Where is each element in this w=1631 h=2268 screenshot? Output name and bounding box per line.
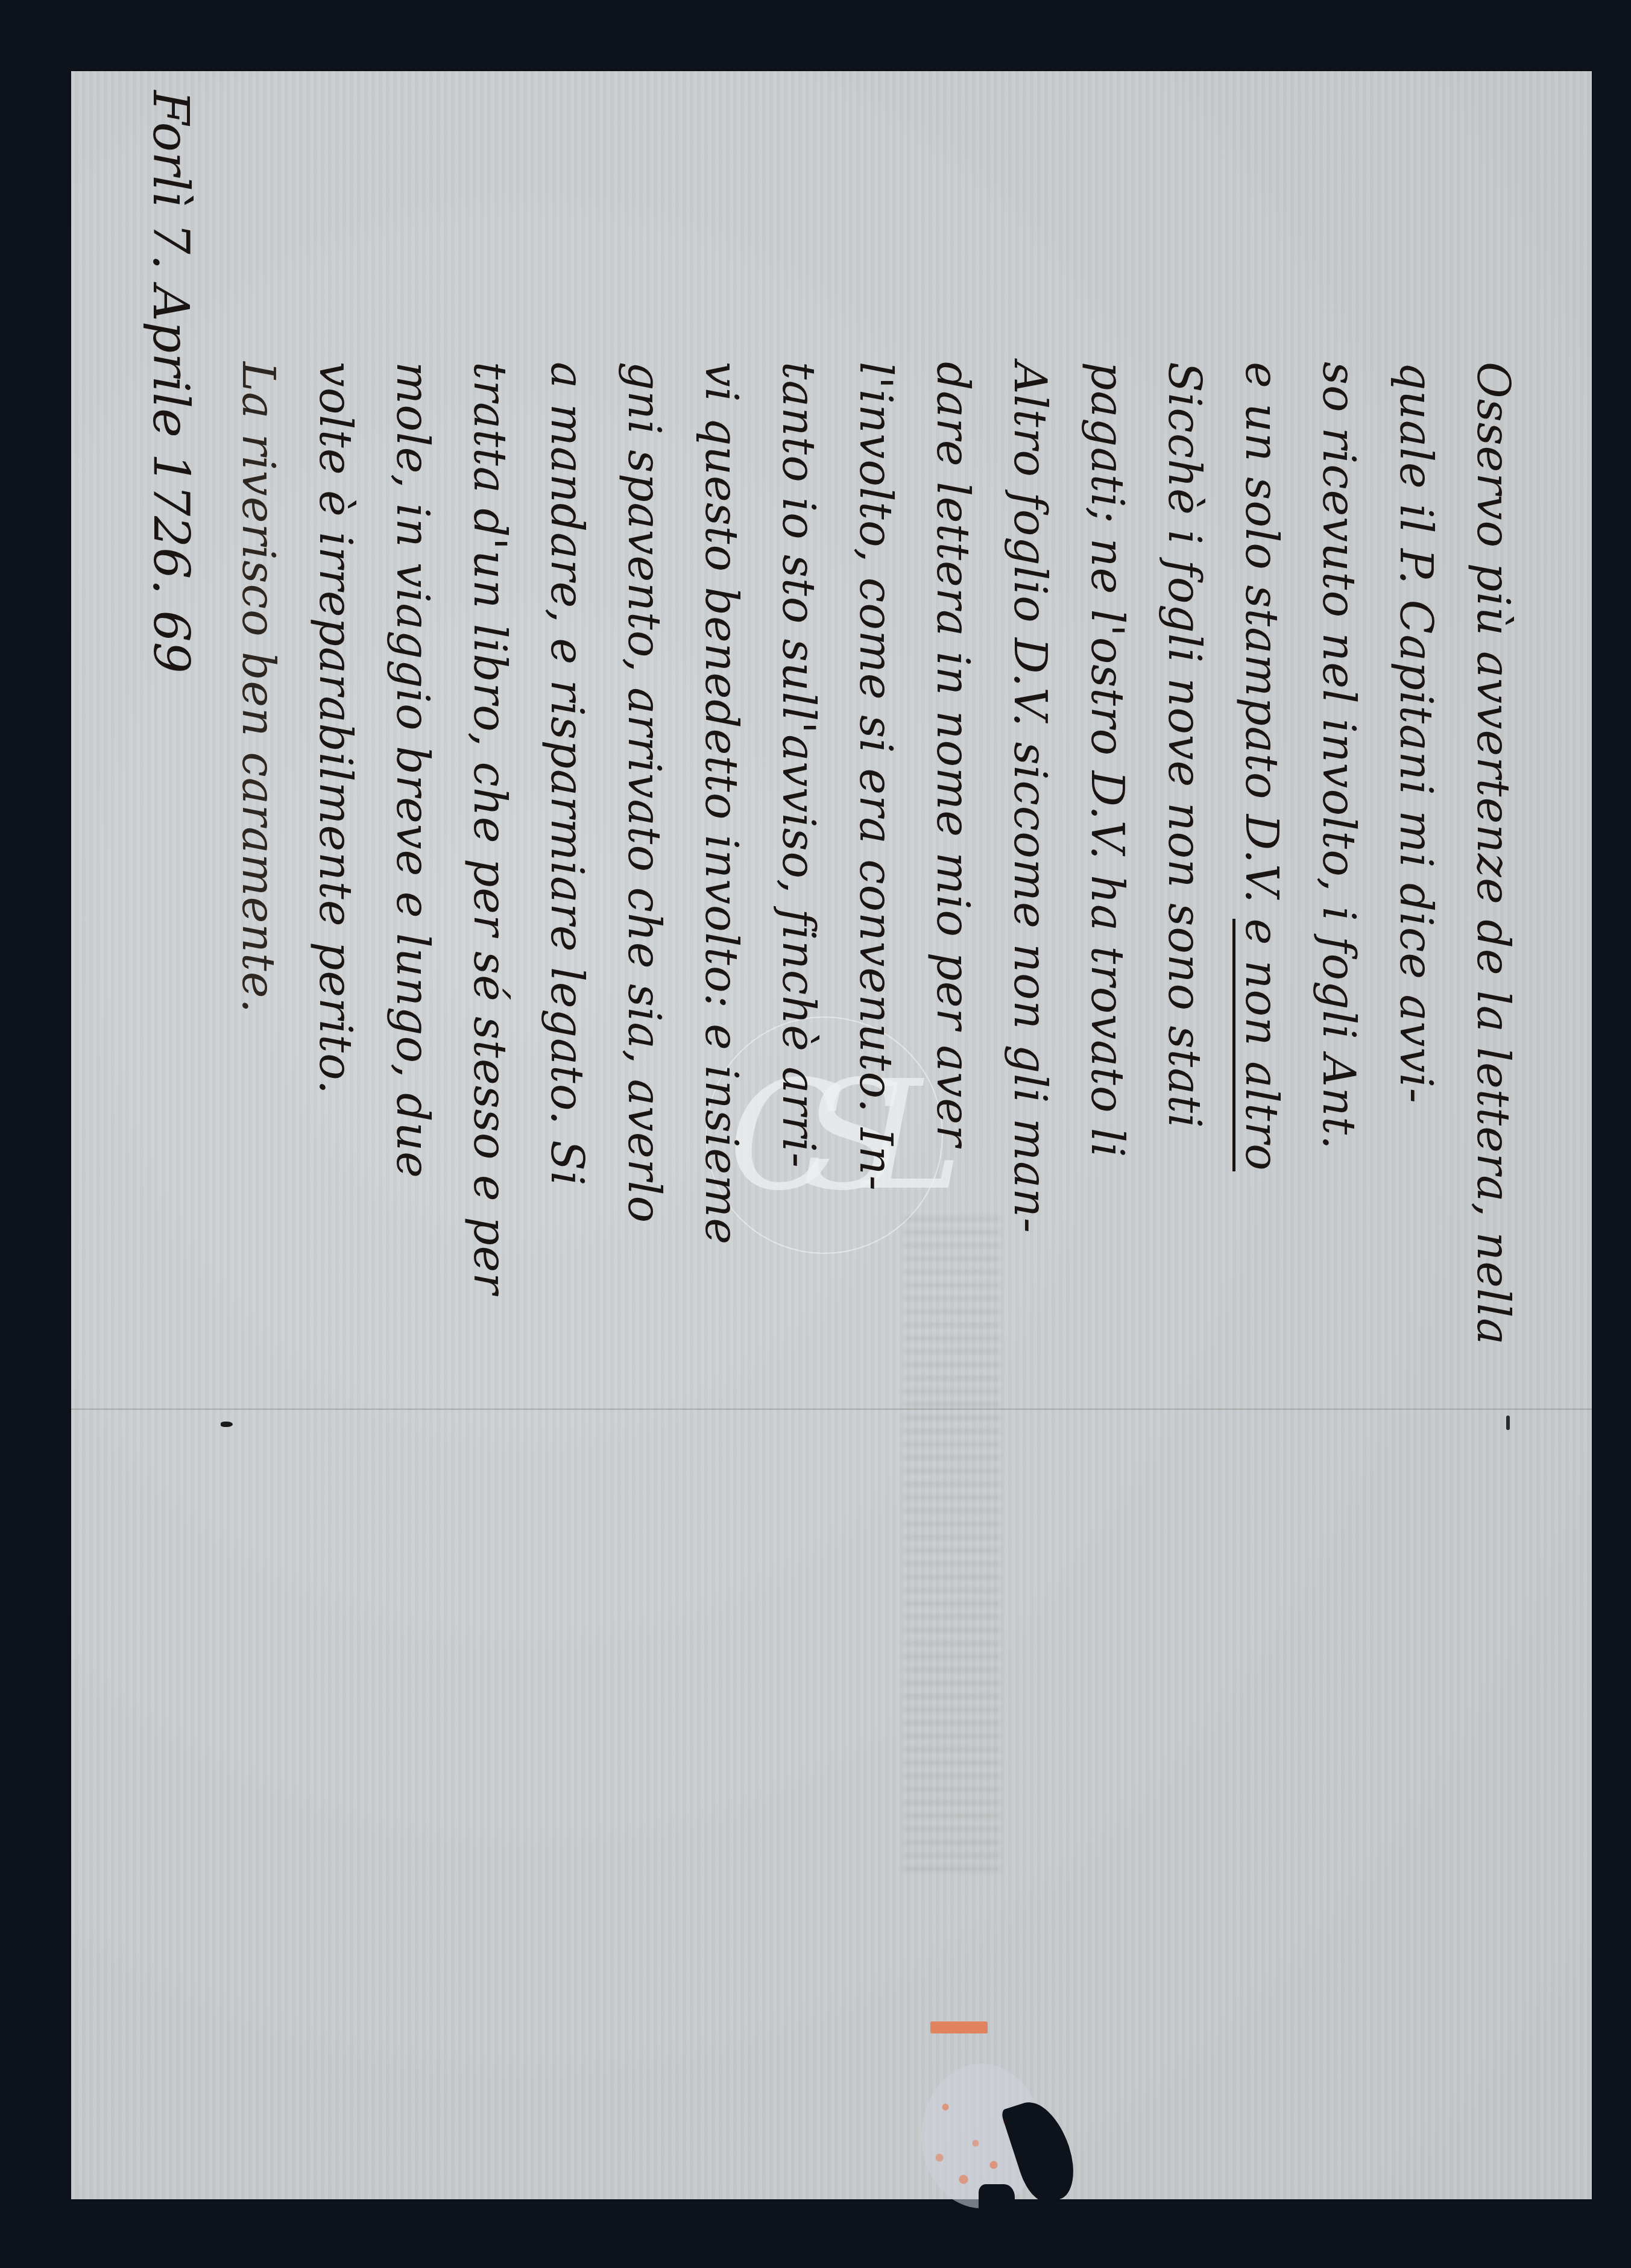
letter-line: tratta d'un libro, che per sé stesso e p… bbox=[451, 36, 528, 1061]
underlined-phrase: e non altro bbox=[1232, 919, 1287, 1171]
letter-body: Osservo più avvertenze de la lettera, ne… bbox=[219, 36, 1532, 1061]
letter-line: quale il P. Capitani mi dice avvi- bbox=[1377, 36, 1454, 1061]
folio-number: 69 bbox=[142, 611, 199, 673]
letter-line: pagati; ne l'ostro D.V. ha trovato li bbox=[1068, 36, 1146, 1061]
letter-line: Osservo più avvertenze de la lettera, ne… bbox=[1454, 36, 1532, 1061]
wax-seal-fragment bbox=[930, 2021, 988, 2033]
letter-line-text: e un solo stampato D.V. bbox=[1235, 362, 1287, 904]
closing-line: La riverisco ben caramente. bbox=[219, 36, 297, 1061]
letter-line: Altro foglio D.V. siccome non gli man- bbox=[991, 36, 1068, 1061]
place-date: Forlì 7. Aprile 1726. bbox=[142, 90, 199, 595]
letter-line: e un solo stampato D.V. e non altro bbox=[1223, 36, 1300, 1061]
letter-line: l'involto, come si era convenuto. In- bbox=[837, 36, 914, 1061]
letter-line: gni spavento, arrivato che sia, averlo bbox=[605, 36, 683, 1061]
letter-line: a mandare, e risparmiare legato. Si bbox=[528, 36, 605, 1061]
letter-line: mole, in viaggio breve e lungo, due bbox=[374, 36, 451, 1061]
fold-crease bbox=[71, 1408, 1592, 1410]
letter-line: Sicchè i fogli nove non sono stati bbox=[1146, 36, 1223, 1061]
fold-edge-mark bbox=[1506, 1416, 1510, 1430]
letter-line: so ricevuto nel involto, i fogli Ant. bbox=[1300, 36, 1377, 1061]
wax-seal-remnant bbox=[909, 2021, 1090, 2220]
letter-line: volte è irreparabilmente perito. bbox=[297, 36, 374, 1061]
letter-line: dare lettera in nome mio per aver bbox=[914, 36, 991, 1061]
letter-line: tanto io sto sull'avviso, finchè arri- bbox=[760, 36, 837, 1061]
paper-edge-tear bbox=[979, 2184, 1015, 2226]
fold-ink-mark bbox=[221, 1422, 233, 1427]
ink-bleed-stain bbox=[903, 1217, 1000, 1880]
letter-heading: Forlì 7. Aprile 1726. 69 bbox=[142, 90, 199, 673]
letter-line: vi questo benedetto involto: e insieme bbox=[683, 36, 760, 1061]
